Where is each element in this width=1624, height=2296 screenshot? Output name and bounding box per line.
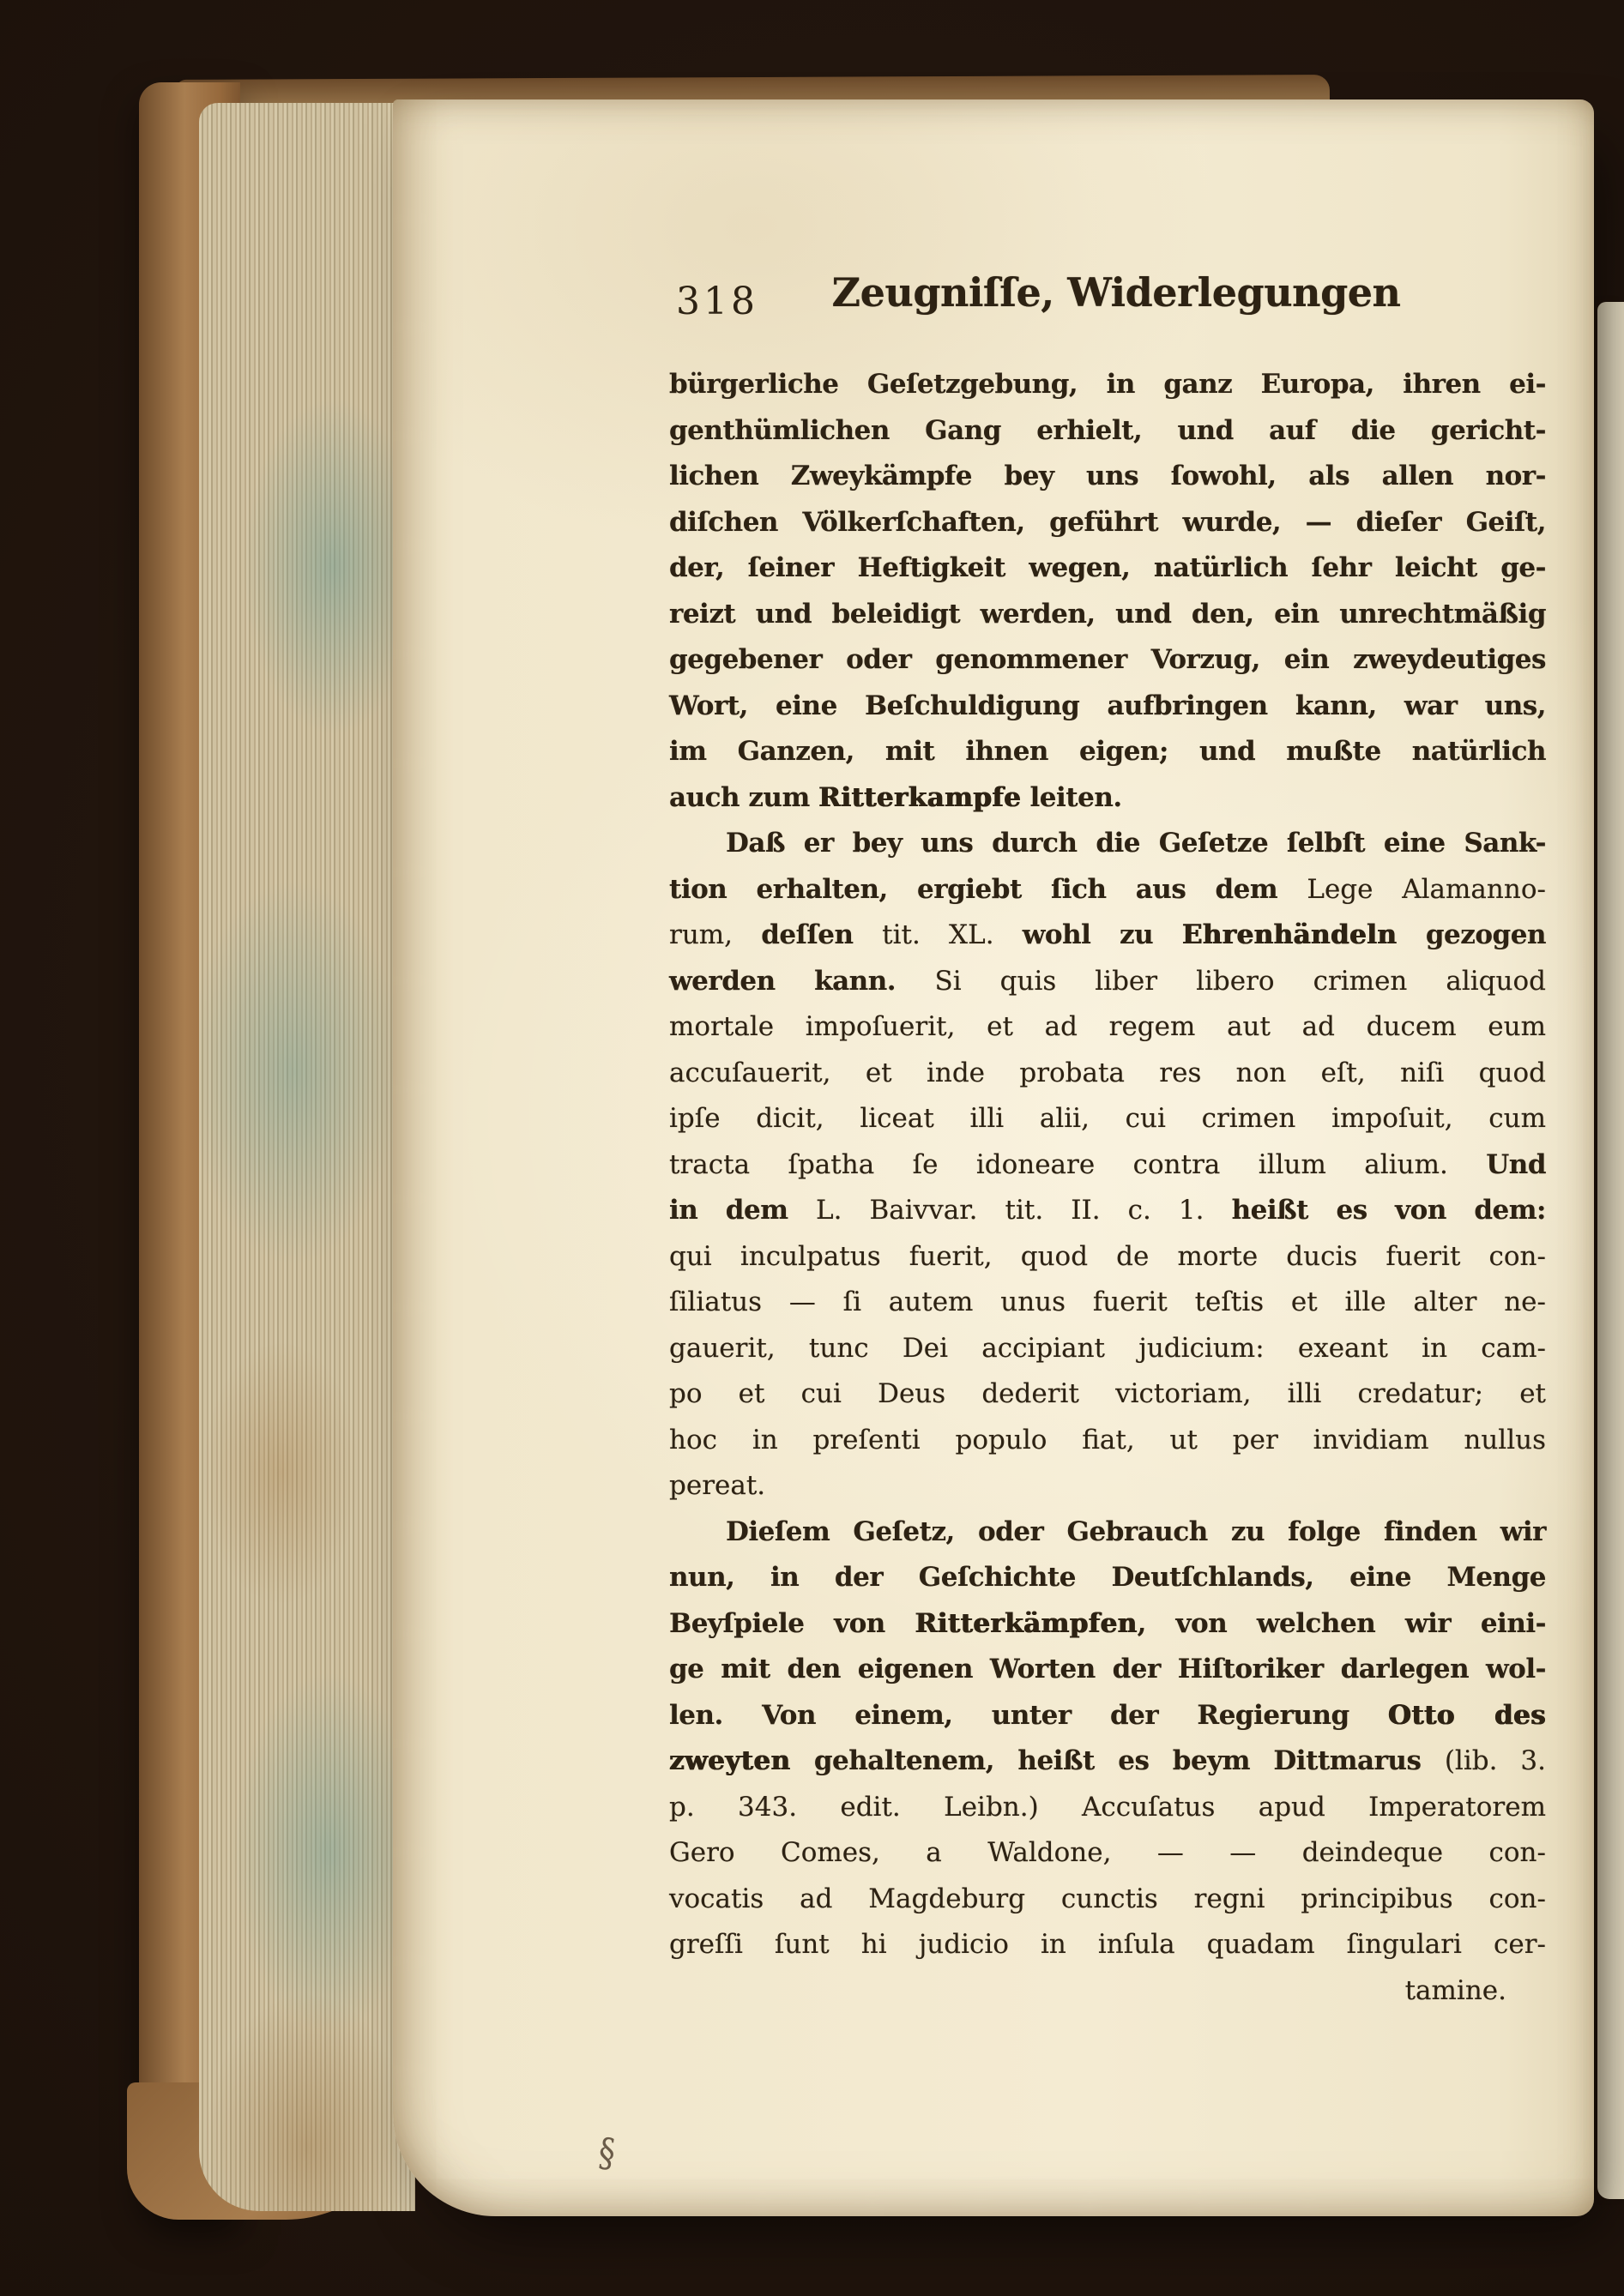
text-line: genthümlichen Gang erhielt, und auf die … xyxy=(669,408,1546,455)
text-lines: bürgerliche Geſetzgebung, in ganz Europa… xyxy=(669,362,1546,2014)
book-page: 318 Zeugniſſe, Widerlegungen bürgerliche… xyxy=(393,99,1594,2216)
text-line: reizt und beleidigt werden, und den, ein… xyxy=(669,592,1546,638)
text-line: Gero Comes, a Waldone, — — deindeque con… xyxy=(669,1830,1546,1877)
page-number: 318 xyxy=(676,280,758,323)
running-title: Zeugniſſe, Widerlegungen xyxy=(777,269,1455,316)
text-line: accuſauerit, et inde probata res non eſt… xyxy=(669,1051,1546,1097)
text-line: lichen Zweykämpfe bey uns ſowohl, als al… xyxy=(669,454,1546,500)
text-line: mortale impoſuerit, et ad regem aut ad d… xyxy=(669,1004,1546,1051)
text-line: gauerit, tunc Dei accipiant judicium: ex… xyxy=(669,1326,1546,1372)
text-line: ſiliatus — ſi autem unus fuerit teſtis e… xyxy=(669,1280,1546,1326)
text-line: diſchen Völkerſchaften, geführt wurde, —… xyxy=(669,500,1546,546)
text-line: in dem L. Baivvar. tit. II. c. 1. heißt … xyxy=(669,1188,1546,1234)
text-line: gegebener oder genommener Vorzug, ein zw… xyxy=(669,637,1546,684)
text-line: Wort, eine Beſchuldigung aufbringen kann… xyxy=(669,684,1546,730)
text-line: p. 343. edit. Leibn.) Accuſatus apud Imp… xyxy=(669,1785,1546,1831)
signature-mark: § xyxy=(595,2130,618,2177)
text-line: vocatis ad Magdeburg cunctis regni princ… xyxy=(669,1877,1546,1923)
text-line: rum, deſſen tit. XL. wohl zu Ehrenhändel… xyxy=(669,913,1546,959)
catchword: tamine. xyxy=(669,1968,1546,2015)
page-header: 318 Zeugniſſe, Widerlegungen xyxy=(669,269,1553,338)
text-line: len. Von einem, unter der Regierung Otto… xyxy=(669,1693,1546,1739)
text-line: zweyten gehaltenem, heißt es beym Dittma… xyxy=(669,1739,1546,1785)
text-line: der, ſeiner Heftigkeit wegen, natürlich … xyxy=(669,545,1546,592)
text-line: hoc in preſenti populo fiat, ut per invi… xyxy=(669,1418,1546,1464)
text-line: ge mit den eigenen Worten der Hiſtoriker… xyxy=(669,1647,1546,1693)
text-line: Beyſpiele von Ritterkämpfen, von welchen… xyxy=(669,1601,1546,1648)
text-line: pereat. xyxy=(669,1463,1546,1510)
text-line: auch zum Ritterkampfe leiten. xyxy=(669,775,1546,822)
text-line: bürgerliche Geſetzgebung, in ganz Europa… xyxy=(669,362,1546,408)
text-line: im Ganzen, mit ihnen eigen; und mußte na… xyxy=(669,729,1546,775)
text-line: po et cui Deus dederit victoriam, illi c… xyxy=(669,1371,1546,1418)
text-line: Dieſem Geſetz, oder Gebrauch zu folge fi… xyxy=(669,1510,1546,1556)
text-line: tracta ſpatha ſe idoneare contra illum a… xyxy=(669,1142,1546,1189)
next-page-edge xyxy=(1597,302,1624,2199)
book-scan: 318 Zeugniſſe, Widerlegungen bürgerliche… xyxy=(0,0,1624,2296)
text-line: nun, in der Geſchichte Deutſchlands, ein… xyxy=(669,1555,1546,1601)
text-line: greſſi ſunt hi judicio in inſula quadam … xyxy=(669,1922,1546,1968)
page-block-fore-edge xyxy=(199,103,415,2211)
text-line: werden kann. Si quis liber libero crimen… xyxy=(669,959,1546,1005)
text-line: Daß er bey uns durch die Geſetze ſelbſt … xyxy=(669,821,1546,867)
text-line: ipſe dicit, liceat illi alii, cui crimen… xyxy=(669,1096,1546,1142)
text-line: tion erhalten, ergiebt ſich aus dem Lege… xyxy=(669,867,1546,913)
text-line: qui inculpatus fuerit, quod de morte duc… xyxy=(669,1234,1546,1281)
